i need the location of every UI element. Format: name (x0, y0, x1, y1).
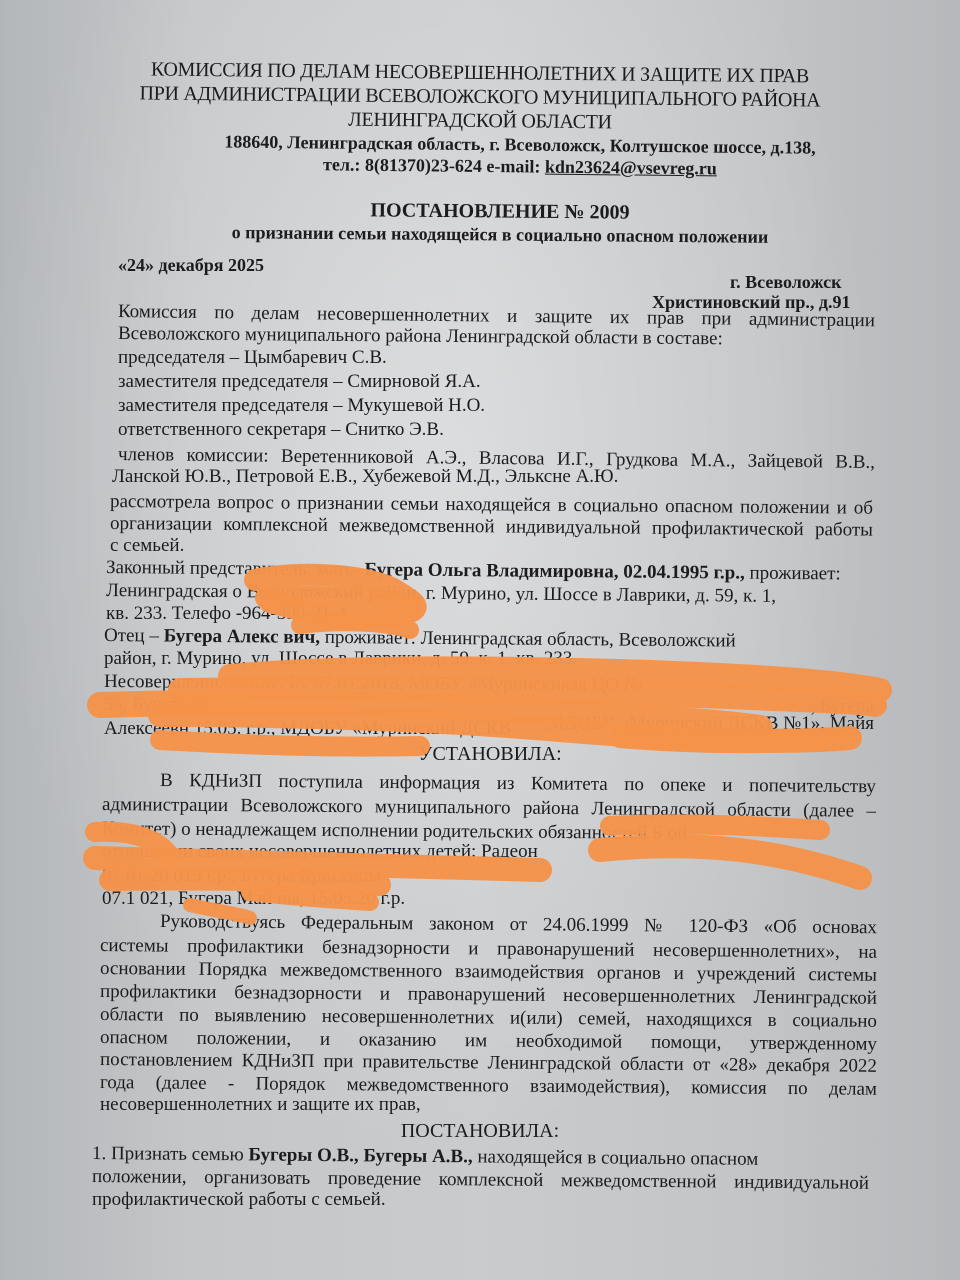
redaction-overlay (0, 0, 960, 1280)
